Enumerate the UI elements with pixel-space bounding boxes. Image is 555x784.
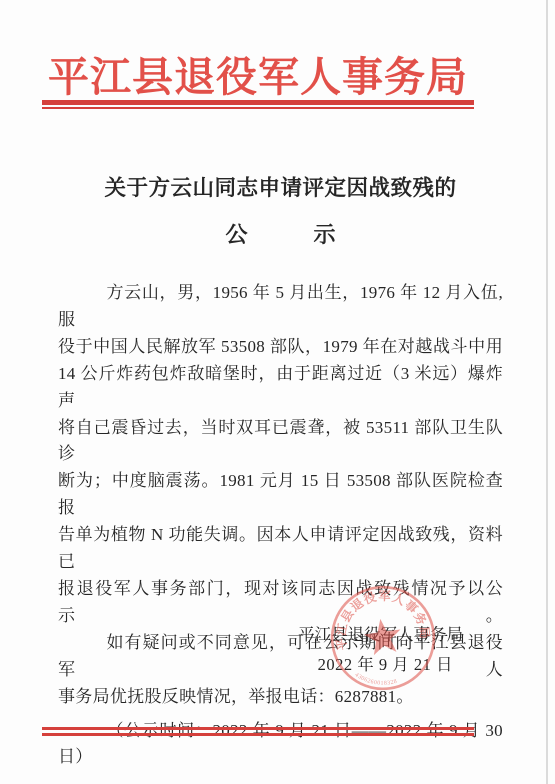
signature-agency: 平江县退役军人事务局 bbox=[58, 620, 463, 650]
scan-page-edge bbox=[546, 0, 548, 784]
signature-block: 平江县退役军人事务局 2022 年 9 月 21 日 bbox=[58, 620, 503, 680]
body-line: 事务局优抚股反映情况，举报电话：6287881。 bbox=[58, 684, 503, 711]
body-line: 告单为植物 N 功能失调。因本人申请评定因战致残，资料已 bbox=[58, 522, 503, 576]
body-line: 方云山，男，1956 年 5 月出生，1976 年 12 月入伍,服 bbox=[58, 280, 503, 334]
letterhead-rule-thick bbox=[42, 100, 474, 105]
body-paragraphs: 方云山，男，1956 年 5 月出生，1976 年 12 月入伍,服役于中国人民… bbox=[58, 280, 503, 771]
body-line: 14 公斤炸药包炸敌暗堡时，由于距离过近（3 米远）爆炸声 bbox=[58, 361, 503, 415]
body-line: 断为；中度脑震荡。1981 元月 15 日 53508 部队医院检查报 bbox=[58, 468, 503, 522]
signature-date: 2022 年 9 月 21 日 bbox=[58, 650, 453, 680]
body-line: 将自己震昏过去，当时双耳已震聋，被 53511 部队卫生队诊 bbox=[58, 415, 503, 469]
document-page: { "letterhead": { "agency": "平江县退役军人事务局"… bbox=[0, 0, 555, 784]
doc-title-line2: 公 示 bbox=[58, 218, 503, 249]
footer-rule-top bbox=[42, 727, 474, 730]
letterhead-rule-thin bbox=[42, 107, 474, 109]
doc-title-line1: 关于方云山同志申请评定因战致残的 bbox=[58, 171, 503, 202]
footer-rule-bottom bbox=[42, 733, 474, 736]
body-line: 役于中国人民解放军 53508 部队，1979 年在对越战斗中用 bbox=[58, 334, 503, 361]
letterhead-agency: 平江县退役军人事务局 bbox=[42, 44, 474, 103]
body-line: （公示时间：2022 年 9 月 21 日——2022 年 9 月 30 日） bbox=[58, 718, 503, 772]
